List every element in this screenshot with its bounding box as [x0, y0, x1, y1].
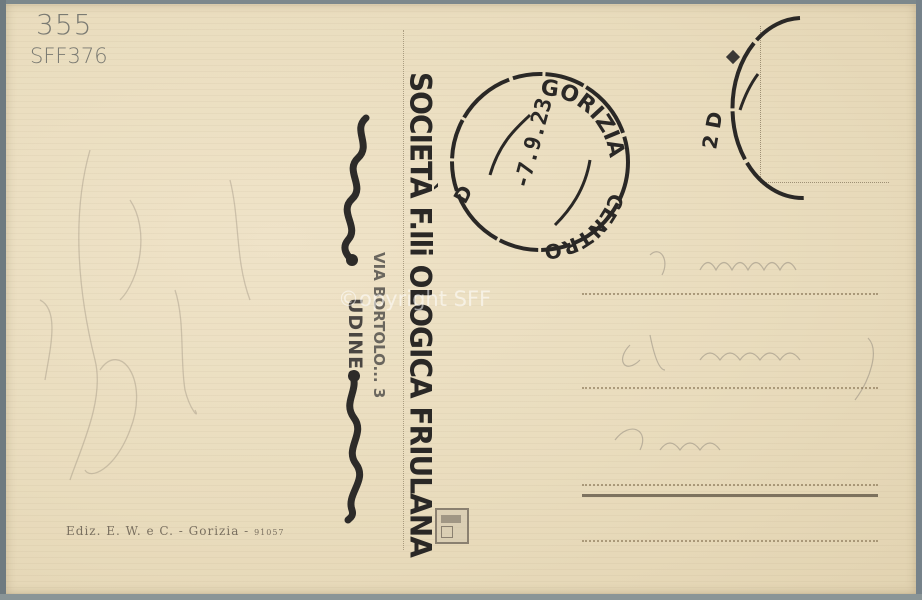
publisher-logo-icon	[435, 508, 469, 544]
copyright-watermark: ©opyright SFF	[338, 287, 491, 311]
publisher-text: Ediz. E. W. e C. - Gorizia -	[66, 524, 249, 538]
publisher-line: Ediz. E. W. e C. - Gorizia - 91057	[66, 524, 285, 538]
publisher-serial: 91057	[254, 528, 284, 537]
postmark-partial-text: 2 D	[697, 110, 727, 151]
